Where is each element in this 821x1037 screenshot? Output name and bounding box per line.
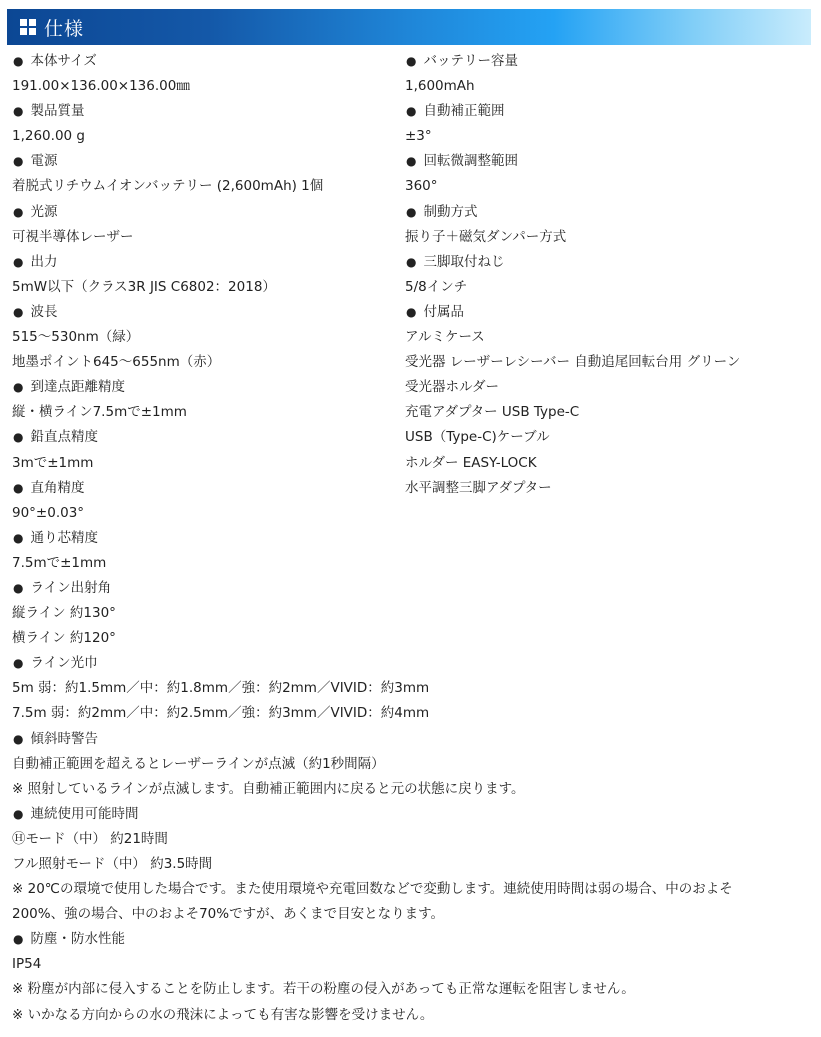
spec-value: 7.5m 弱：約2mm／中：約2.5mm／強：約3mm／VIVID：約4mm	[12, 701, 812, 726]
spec-value: ※ いかなる方向からの水の飛沫によっても有害な影響を受けません。	[12, 1003, 812, 1028]
spec-value: ※ 20℃の環境で使用した場合です。また使用環境や充電回数などで変動します。連続…	[12, 877, 812, 902]
spec-value: USB（Type-C)ケーブル	[405, 425, 805, 450]
spec-value: IP54	[12, 952, 812, 977]
spec-label: 通り芯精度	[12, 526, 812, 551]
spec-value: 5m 弱：約1.5mm／中：約1.8mm／強：約2mm／VIVID：約3mm	[12, 676, 812, 701]
spec-value: アルミケース	[405, 325, 805, 350]
spec-value: ※ 照射しているラインが点滅します。自動補正範囲内に戻ると元の状態に戻ります。	[12, 777, 812, 802]
grid-icon	[20, 19, 36, 35]
page-title: 仕様	[44, 14, 84, 41]
spec-value: 充電アダプター USB Type-C	[405, 400, 805, 425]
spec-value: 縦ライン 約130°	[12, 601, 812, 626]
spec-value: 5/8インチ	[405, 275, 805, 300]
spec-value: 受光器 レーザーレシーバー 自動追尾回転台用 グリーン	[405, 350, 805, 375]
spec-value: 1,600mAh	[405, 74, 805, 99]
spec-label: 回転微調整範囲	[405, 149, 805, 174]
spec-label: バッテリー容量	[405, 49, 805, 74]
spec-label: 付属品	[405, 300, 805, 325]
spec-label: 防塵・防水性能	[12, 927, 812, 952]
spec-value: 自動補正範囲を超えるとレーザーラインが点滅（約1秒間隔）	[12, 752, 812, 777]
spec-value: 振り子＋磁気ダンパー方式	[405, 225, 805, 250]
spec-value: 90°±0.03°	[12, 501, 812, 526]
spec-value: 200%、強の場合、中のおよそ70%ですが、あくまで目安となります。	[12, 902, 812, 927]
spec-value: 水平調整三脚アダプター	[405, 476, 805, 501]
spec-label: ライン出射角	[12, 576, 812, 601]
spec-value: 受光器ホルダー	[405, 375, 805, 400]
spec-value: ホルダー EASY-LOCK	[405, 451, 805, 476]
spec-value: 360°	[405, 174, 805, 199]
spec-label: 傾斜時警告	[12, 727, 812, 752]
spec-value: 7.5mで±1mm	[12, 551, 812, 576]
spec-value: ※ 粉塵が内部に侵入することを防止します。若干の粉塵の侵入があっても正常な運転を…	[12, 977, 812, 1002]
spec-value: フル照射モード（中） 約3.5時間	[12, 852, 812, 877]
spec-value: Ⓗモード（中） 約21時間	[12, 827, 812, 852]
spec-label: 連続使用可能時間	[12, 802, 812, 827]
spec-value: ±3°	[405, 124, 805, 149]
spec-value: 横ライン 約120°	[12, 626, 812, 651]
spec-label: 制動方式	[405, 200, 805, 225]
spec-label: ライン光巾	[12, 651, 812, 676]
spec-header: 仕様	[7, 9, 811, 45]
spec-list-right: バッテリー容量1,600mAh自動補正範囲±3°回転微調整範囲360°制動方式振…	[405, 49, 805, 501]
spec-label: 自動補正範囲	[405, 99, 805, 124]
spec-label: 三脚取付ねじ	[405, 250, 805, 275]
